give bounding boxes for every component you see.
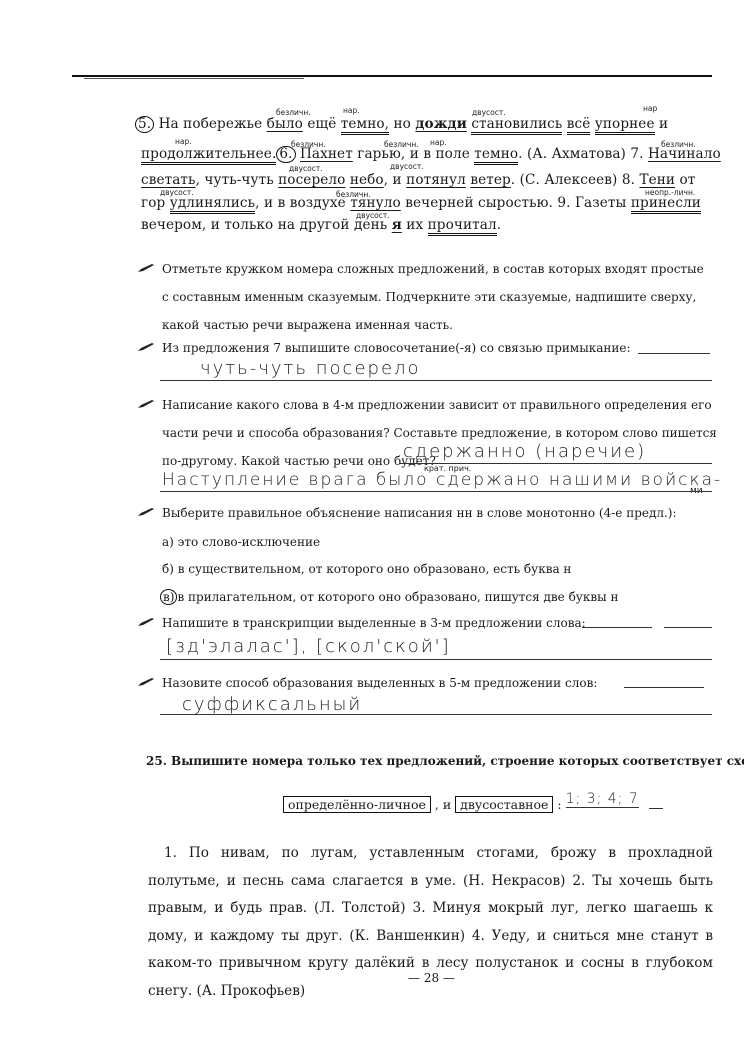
annotation: нар. [343,106,360,115]
handwritten-answer: суффиксальный [182,694,362,715]
option-c-selected[interactable]: в)в прилагательном, от которого оно обра… [160,589,618,605]
answer-line [582,627,652,628]
answer-line [160,714,712,715]
exercise-25-heading: 25. Выпишите номера только тех предложен… [146,754,744,768]
answer-line [160,491,712,492]
scheme: определённо-личное , и двусоставное : 1;… [283,796,663,813]
page-number: — 28 — [408,971,455,985]
pen-icon [138,508,154,516]
pen-icon [138,678,154,686]
answer-line [160,659,712,660]
option-a[interactable]: а) это слово-исключение [162,535,320,549]
sentence-line-3: светать, чуть-чуть посерело небо, и потя… [141,172,695,188]
sentence-line-1: 5. На побережье было ещё темно, но дожди… [135,116,668,133]
answer-line [664,627,712,628]
handwritten-answer: 1; 3; 4; 7 [566,791,639,808]
scheme-box: двусоставное [455,796,553,813]
pen-icon [138,264,154,272]
pen-icon [138,343,154,351]
scheme-box: определённо-личное [283,796,431,813]
handwritten-transcription: [зд'элалас'], [скол'ской'] [166,636,451,657]
sentence-line-2: продолжительнее.6. Пахнет гарью, и в пол… [141,146,721,163]
circled-number: 6. [276,146,295,163]
pen-icon [138,400,154,408]
annotation: двусост. [390,162,424,171]
circled-number: 5. [135,116,154,133]
top-rule-secondary [84,78,304,79]
option-b[interactable]: б) в существительном, от которого оно об… [162,562,571,576]
sentence-line-5: вечером, и только на другой день я их пр… [141,217,501,233]
handwritten-sentence: Наступление врага было сдержано нашими в… [162,470,722,490]
answer-line [624,687,704,688]
handwritten-answer: сдержанно (наречие) [403,441,646,462]
annotation: нар [643,104,657,113]
annotation: нар. [175,137,192,146]
sentence-line-4: гор удлинялись, и в воздухе тянуло вечер… [141,195,701,211]
top-rule [72,75,712,77]
pen-icon [138,618,154,626]
handwritten-answer: чуть-чуть посерело [200,358,421,379]
answer-line [160,380,712,381]
answer-line [638,353,710,354]
